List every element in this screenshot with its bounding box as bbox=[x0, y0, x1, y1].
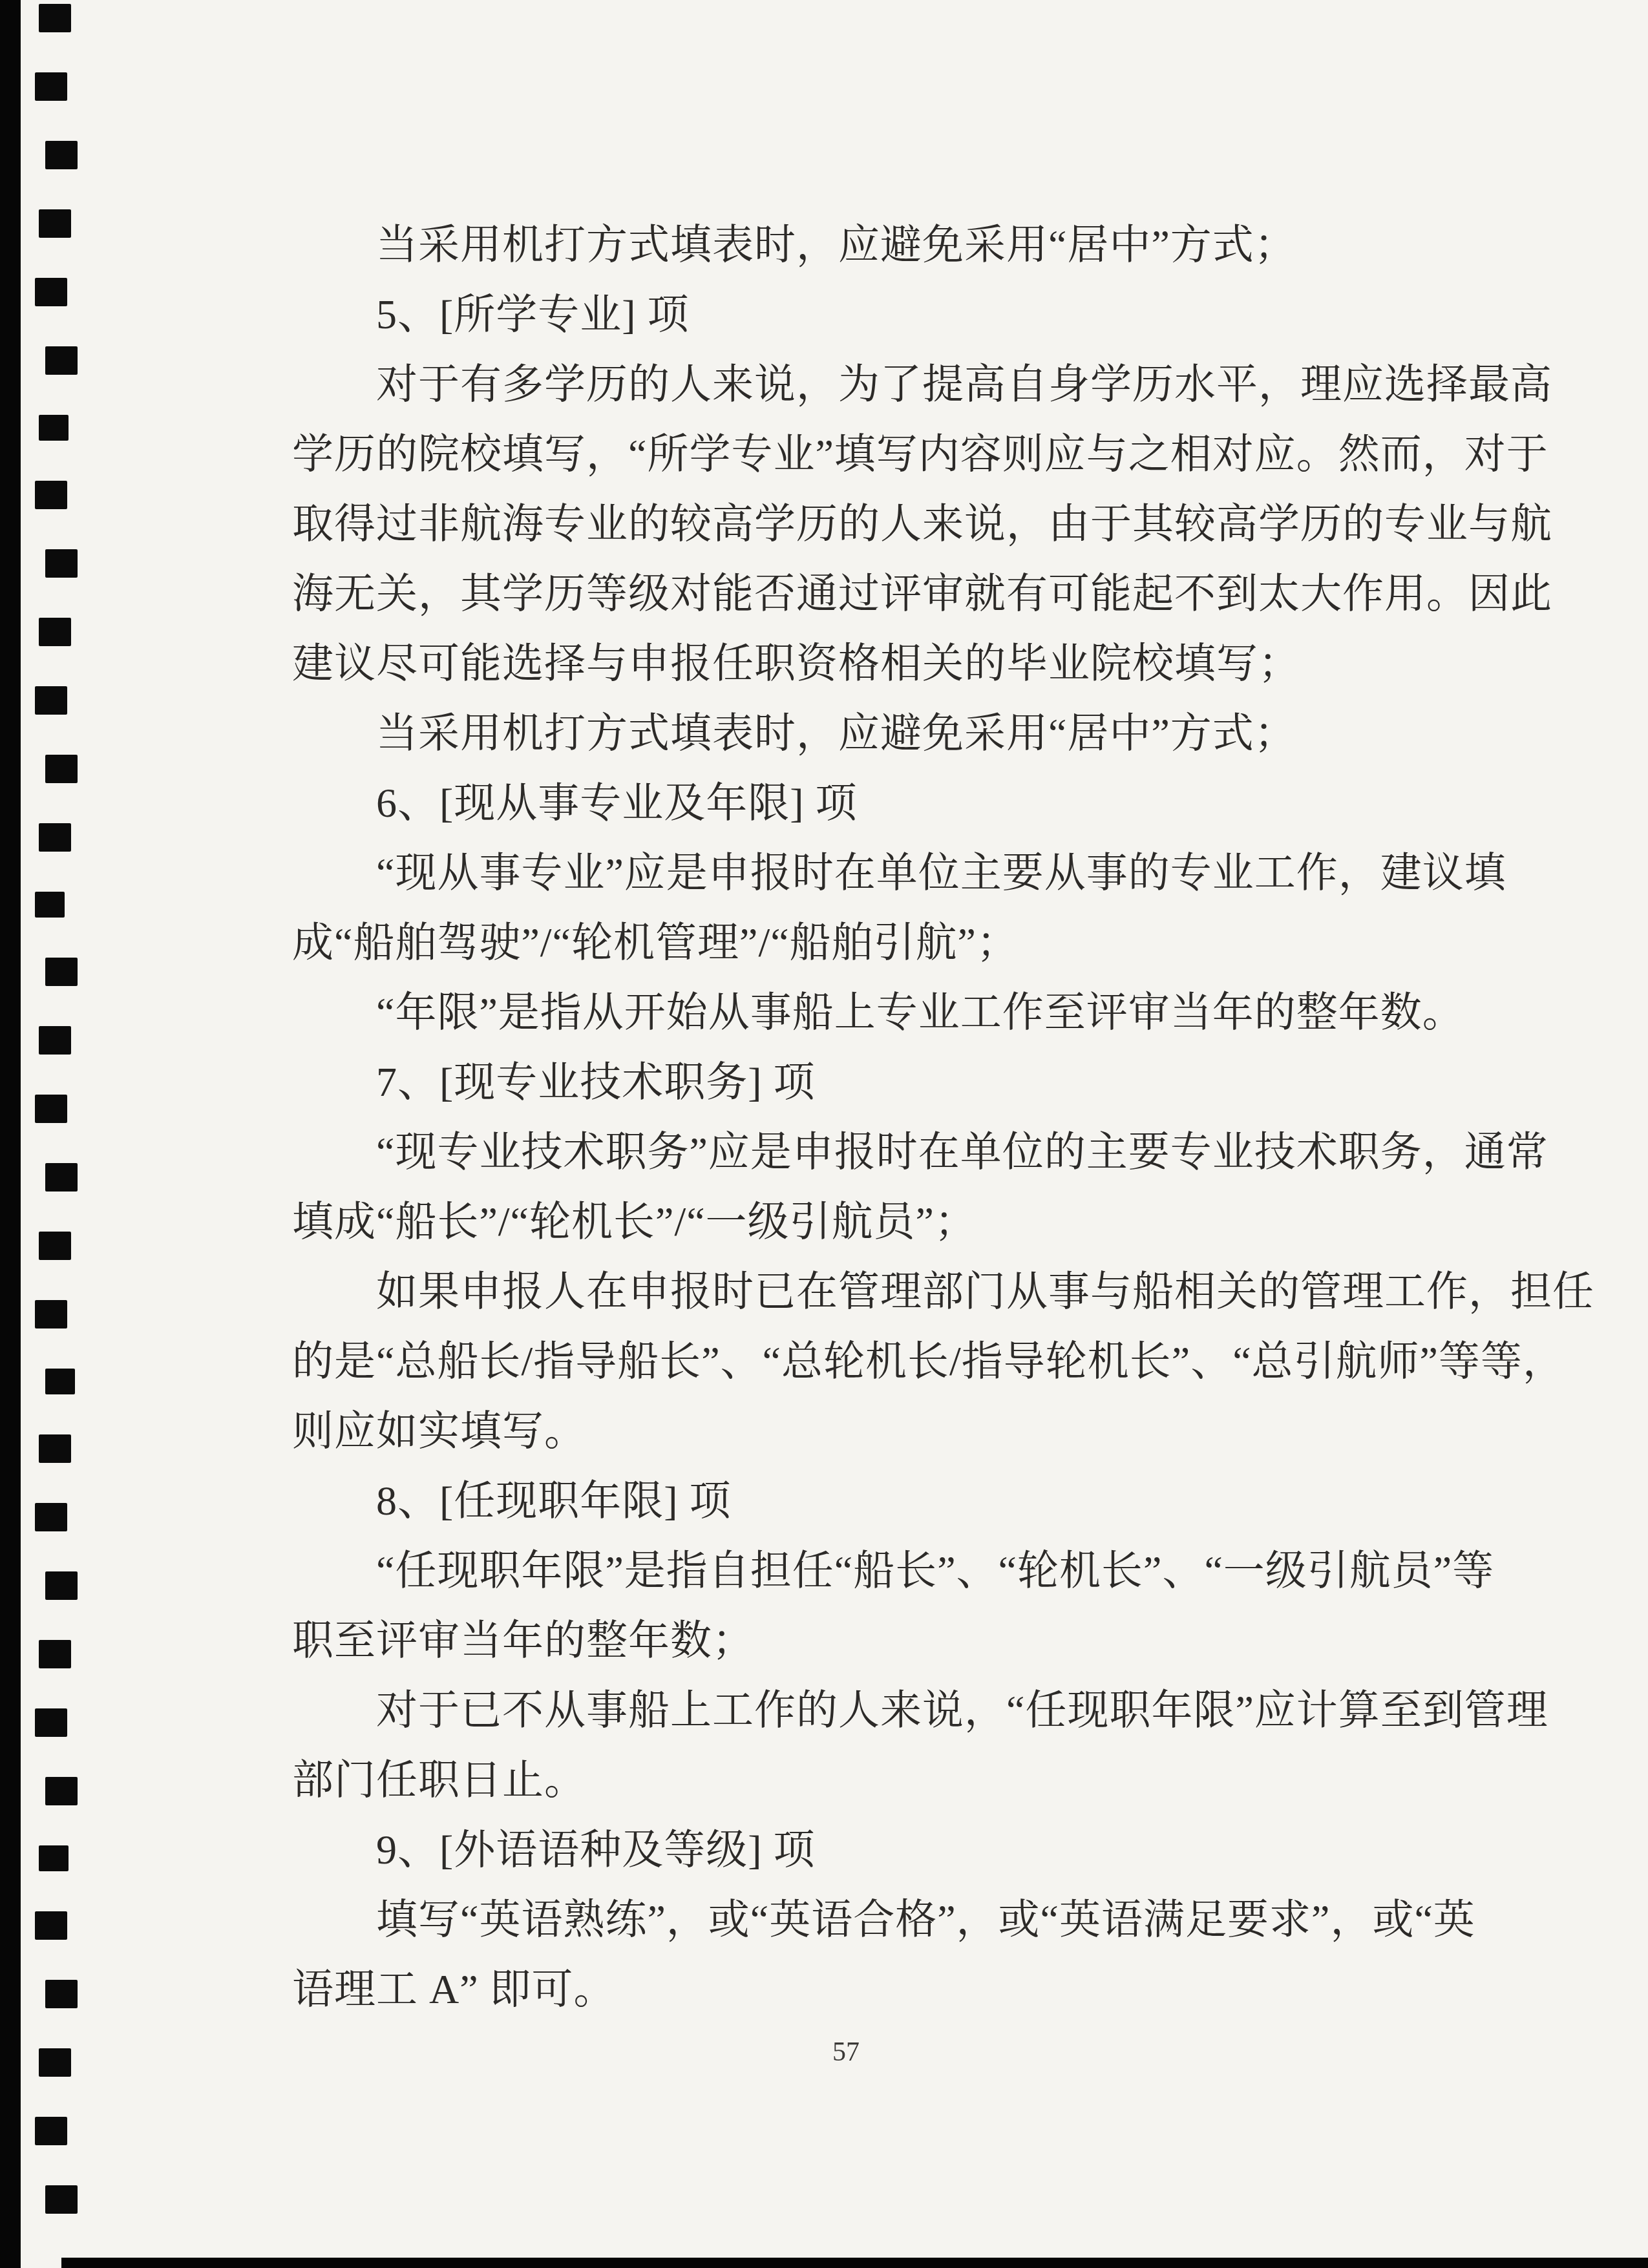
binding-holes bbox=[39, 4, 116, 2254]
text-line: 对于有多学历的人来说，为了提高自身学历水平，理应选择最高 bbox=[292, 350, 1559, 419]
text-line: “现专业技术职务”应是申报时在单位的主要专业技术职务，通常 bbox=[292, 1117, 1559, 1187]
binding-hole bbox=[39, 2048, 71, 2077]
binding-hole bbox=[45, 1980, 78, 2008]
binding-hole bbox=[45, 1369, 75, 1394]
binding-hole bbox=[35, 1300, 67, 1328]
binding-hole bbox=[35, 686, 67, 715]
binding-hole bbox=[39, 1026, 71, 1055]
text-line: “现从事专业”应是申报时在单位主要从事的专业工作，建议填 bbox=[292, 838, 1559, 908]
scanned-page: 当采用机打方式填表时，应避免采用“居中”方式；5、[所学专业] 项对于有多学历的… bbox=[0, 0, 1648, 2268]
binding-hole bbox=[35, 278, 67, 306]
binding-hole bbox=[35, 2117, 67, 2145]
binding-hole bbox=[39, 618, 71, 646]
text-line: 填写“英语熟练”，或“英语合格”，或“英语满足要求”，或“英 bbox=[292, 1885, 1559, 1955]
text-line: 9、[外语语种及等级] 项 bbox=[292, 1815, 1559, 1885]
text-line: 成“船舶驾驶”/“轮机管理”/“船舶引航”； bbox=[292, 908, 1559, 978]
binding-hole bbox=[39, 415, 69, 441]
text-line: 则应如实填写。 bbox=[292, 1396, 1559, 1466]
text-line: 对于已不从事船上工作的人来说，“任现职年限”应计算至到管理 bbox=[292, 1675, 1559, 1745]
text-line: 建议尽可能选择与申报任职资格相关的毕业院校填写； bbox=[292, 629, 1559, 698]
binding-hole bbox=[35, 1708, 67, 1737]
binding-hole bbox=[45, 1571, 78, 1600]
binding-hole bbox=[39, 4, 71, 32]
binding-hole bbox=[35, 892, 65, 918]
binding-hole bbox=[39, 1232, 71, 1260]
binding-hole bbox=[45, 755, 78, 783]
binding-hole bbox=[45, 958, 78, 986]
binding-hole bbox=[35, 481, 67, 509]
binding-hole bbox=[39, 1434, 71, 1463]
text-line: 填成“船长”/“轮机长”/“一级引航员”； bbox=[292, 1187, 1559, 1257]
page-number: 57 bbox=[832, 2037, 897, 2068]
text-line: “任现职年限”是指自担任“船长”、“轮机长”、“一级引航员”等 bbox=[292, 1536, 1559, 1606]
binding-hole bbox=[45, 2185, 78, 2214]
text-line: “年限”是指从开始从事船上专业工作至评审当年的整年数。 bbox=[292, 978, 1559, 1047]
page-text: 当采用机打方式填表时，应避免采用“居中”方式；5、[所学专业] 项对于有多学历的… bbox=[292, 210, 1559, 2024]
text-line: 职至评审当年的整年数； bbox=[292, 1606, 1559, 1675]
text-line: 学历的院校填写，“所学专业”填写内容则应与之相对应。然而，对于 bbox=[292, 419, 1559, 489]
text-line: 8、[任现职年限] 项 bbox=[292, 1466, 1559, 1536]
binding-hole bbox=[39, 209, 71, 238]
text-line: 部门任职日止。 bbox=[292, 1745, 1559, 1815]
text-line: 的是“总船长/指导船长”、“总轮机长/指导轮机长”、“总引航师”等等， bbox=[292, 1327, 1559, 1396]
binding-hole bbox=[35, 1503, 67, 1531]
binding-hole bbox=[39, 823, 71, 852]
binding-hole bbox=[39, 1640, 71, 1668]
text-line: 5、[所学专业] 项 bbox=[292, 280, 1559, 350]
binding-hole bbox=[35, 72, 67, 101]
text-line: 语理工 A” 即可。 bbox=[292, 1955, 1559, 2024]
text-line: 当采用机打方式填表时，应避免采用“居中”方式； bbox=[292, 210, 1559, 280]
text-line: 7、[现专业技术职务] 项 bbox=[292, 1047, 1559, 1117]
scan-bottom-edge bbox=[61, 2258, 1648, 2268]
text-line: 海无关，其学历等级对能否通过评审就有可能起不到太大作用。因此 bbox=[292, 559, 1559, 629]
binding-hole bbox=[35, 1911, 67, 1940]
text-line: 当采用机打方式填表时，应避免采用“居中”方式； bbox=[292, 698, 1559, 768]
binding-hole bbox=[45, 141, 78, 169]
binding-hole bbox=[39, 1845, 69, 1871]
binding-hole bbox=[45, 346, 78, 375]
binding-hole bbox=[45, 1163, 78, 1192]
text-line: 6、[现从事专业及年限] 项 bbox=[292, 768, 1559, 838]
text-line: 如果申报人在申报时已在管理部门从事与船相关的管理工作，担任 bbox=[292, 1257, 1559, 1327]
binding-hole bbox=[45, 1777, 78, 1805]
binding-hole bbox=[35, 1095, 67, 1123]
binding-hole bbox=[45, 549, 78, 578]
scan-left-edge bbox=[0, 0, 21, 2268]
text-line: 取得过非航海专业的较高学历的人来说，由于其较高学历的专业与航 bbox=[292, 489, 1559, 559]
